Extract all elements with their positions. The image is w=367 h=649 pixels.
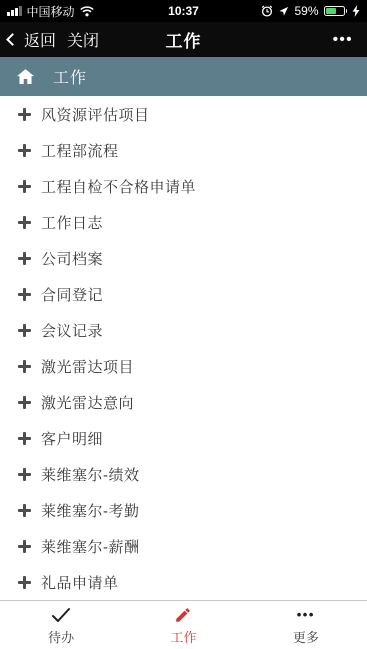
list-item[interactable]: 工作日志	[0, 204, 367, 240]
carrier-label: 中国移动	[27, 3, 75, 20]
list-item[interactable]: 莱维塞尔-薪酬	[0, 528, 367, 564]
pencil-icon	[174, 606, 192, 624]
plus-expand-icon[interactable]	[18, 288, 31, 301]
signal-strength-icon	[7, 6, 22, 16]
battery-icon	[324, 6, 348, 16]
plus-expand-icon[interactable]	[18, 504, 31, 517]
plus-expand-icon[interactable]	[18, 144, 31, 157]
list-item-label: 莱维塞尔-绩效	[41, 464, 140, 485]
plus-expand-icon[interactable]	[18, 432, 31, 445]
plus-expand-icon[interactable]	[18, 396, 31, 409]
plus-expand-icon[interactable]	[18, 468, 31, 481]
back-button[interactable]: 返回	[24, 28, 56, 51]
list-item[interactable]: 激光雷达意向	[0, 384, 367, 420]
tab-todo[interactable]: 待办	[0, 601, 122, 649]
plus-expand-icon[interactable]	[18, 252, 31, 265]
nav-bar: 返回 关闭 工作 •••	[0, 22, 367, 57]
checkmark-icon	[51, 606, 71, 624]
list-item-label: 客户明细	[41, 428, 103, 449]
list-item[interactable]: 合同登记	[0, 276, 367, 312]
wifi-icon	[80, 6, 94, 17]
list-item[interactable]: 客户明细	[0, 420, 367, 456]
list-item-label: 工程部流程	[41, 140, 119, 161]
battery-percent-label: 59%	[294, 4, 318, 18]
plus-expand-icon[interactable]	[18, 360, 31, 373]
clock-time: 10:37	[168, 4, 199, 18]
more-menu-icon[interactable]: •••	[333, 31, 353, 48]
list-item[interactable]: 公司档案	[0, 240, 367, 276]
list-item[interactable]: 礼品申请单	[0, 564, 367, 600]
plus-expand-icon[interactable]	[18, 180, 31, 193]
location-arrow-icon	[278, 6, 289, 17]
tab-label: 待办	[48, 627, 74, 646]
list-item[interactable]: 工程部流程	[0, 132, 367, 168]
status-bar: 中国移动 10:37 59%	[0, 0, 367, 22]
charging-bolt-icon	[352, 5, 360, 17]
list-item-label: 激光雷达意向	[41, 392, 134, 413]
app-screen: 中国移动 10:37 59% 返回	[0, 0, 367, 649]
tab-bar: 待办 工作 ••• 更多	[0, 600, 367, 649]
tab-label: 工作	[170, 627, 196, 646]
list-item[interactable]: 莱维塞尔-考勤	[0, 492, 367, 528]
page-title: 工作	[166, 27, 202, 52]
plus-expand-icon[interactable]	[18, 324, 31, 337]
tab-more[interactable]: ••• 更多	[245, 601, 367, 649]
tab-label: 更多	[293, 627, 319, 646]
section-title: 工作	[53, 65, 87, 88]
work-item-list: 风资源评估项目 工程部流程 工程自检不合格申请单 工作日志 公司档案 合同登记 …	[0, 96, 367, 600]
list-item-label: 莱维塞尔-考勤	[41, 500, 140, 521]
plus-expand-icon[interactable]	[18, 108, 31, 121]
list-item-label: 激光雷达项目	[41, 356, 134, 377]
plus-expand-icon[interactable]	[18, 576, 31, 589]
list-item[interactable]: 会议记录	[0, 312, 367, 348]
list-item-label: 工程自检不合格申请单	[41, 176, 196, 197]
list-item[interactable]: 风资源评估项目	[0, 96, 367, 132]
list-item[interactable]: 莱维塞尔-绩效	[0, 456, 367, 492]
ellipsis-icon: •••	[297, 606, 315, 624]
list-item-label: 公司档案	[41, 248, 103, 269]
list-item-label: 风资源评估项目	[41, 104, 150, 125]
alarm-icon	[261, 5, 273, 17]
status-left-cluster: 中国移动	[7, 3, 168, 20]
status-right-cluster: 59%	[199, 4, 360, 18]
back-chevron-icon[interactable]	[6, 33, 19, 46]
home-icon[interactable]	[17, 69, 34, 84]
close-button[interactable]: 关闭	[67, 28, 99, 51]
section-header: 工作	[0, 57, 367, 96]
list-item-label: 礼品申请单	[41, 572, 119, 593]
list-item-label: 莱维塞尔-薪酬	[41, 536, 140, 557]
plus-expand-icon[interactable]	[18, 540, 31, 553]
list-item[interactable]: 工程自检不合格申请单	[0, 168, 367, 204]
list-item-label: 会议记录	[41, 320, 103, 341]
list-item[interactable]: 激光雷达项目	[0, 348, 367, 384]
list-item-label: 工作日志	[41, 212, 103, 233]
plus-expand-icon[interactable]	[18, 216, 31, 229]
list-item-label: 合同登记	[41, 284, 103, 305]
tab-work[interactable]: 工作	[122, 601, 244, 649]
